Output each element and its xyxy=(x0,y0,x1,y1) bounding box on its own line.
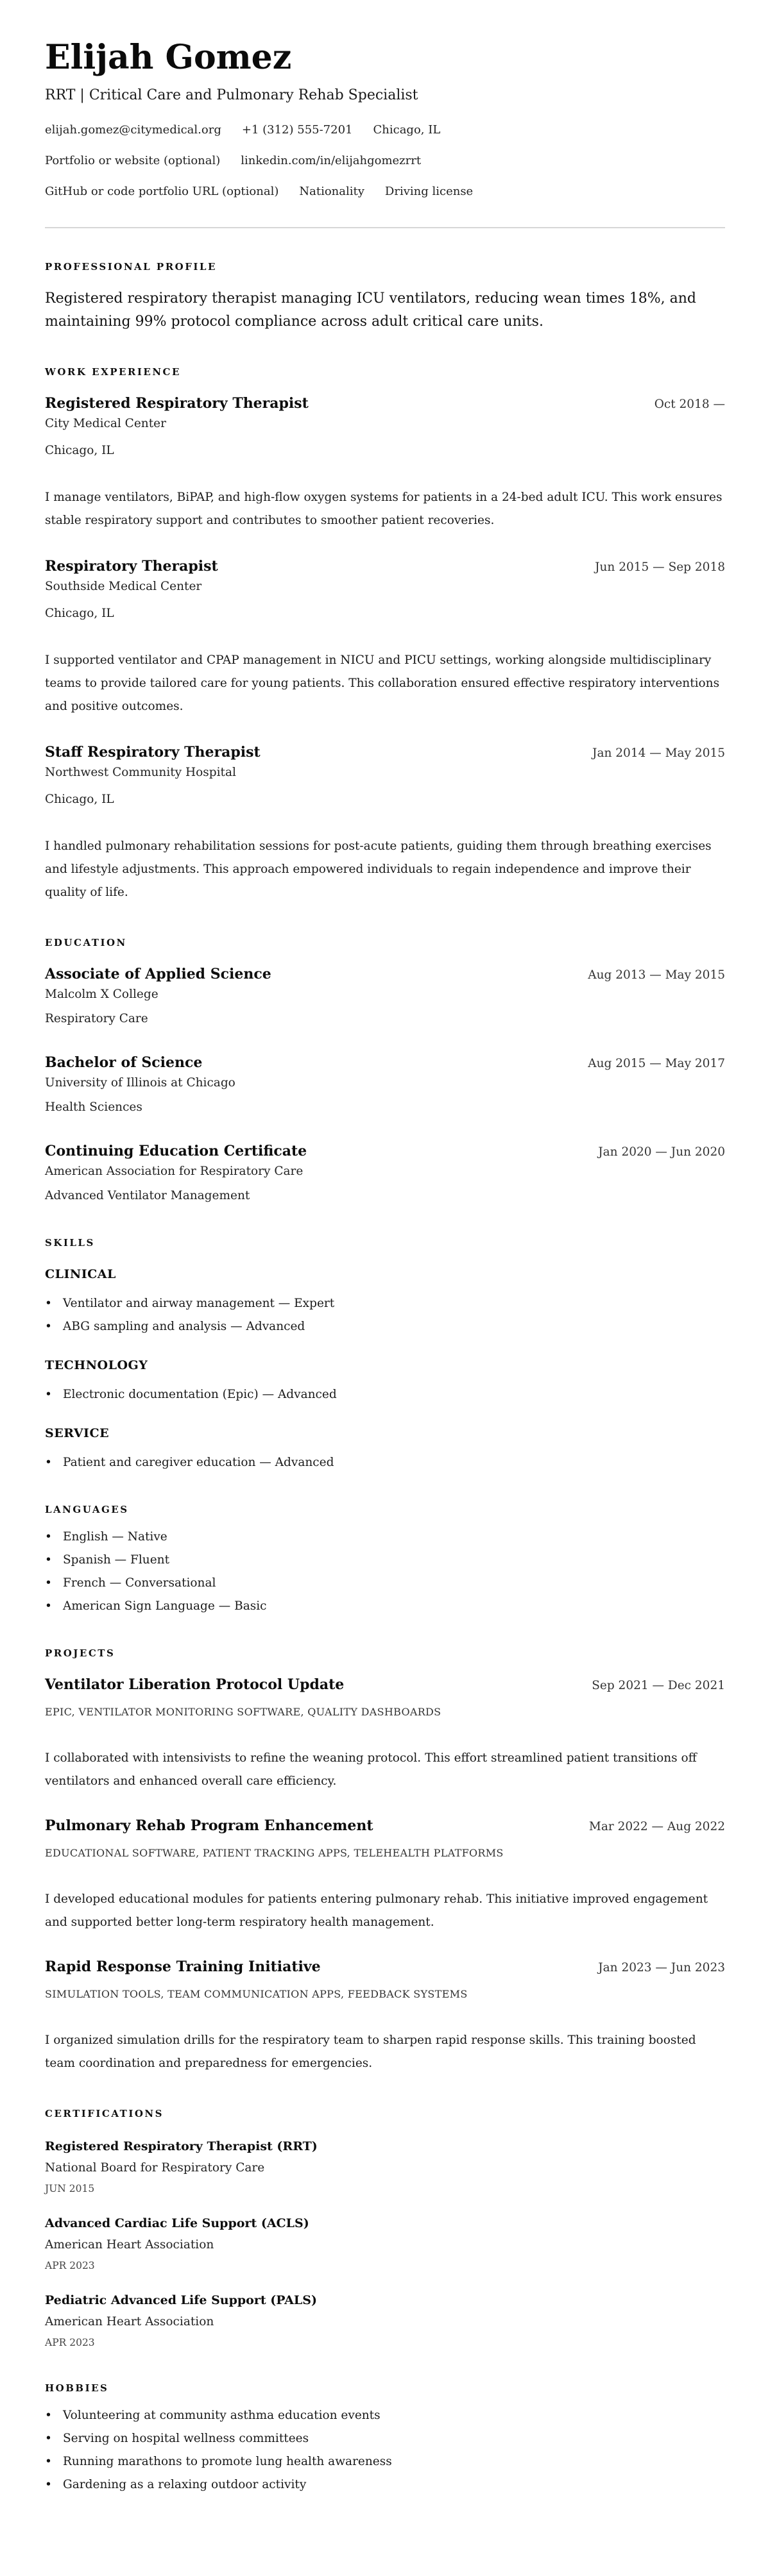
education-dates: Aug 2015 — May 2017 xyxy=(588,1054,725,1073)
certification-issuer: National Board for Respiratory Care xyxy=(45,2160,725,2176)
section-hobbies: Hobbies Volunteering at community asthma… xyxy=(45,2382,725,2493)
school-name: University of Illinois at Chicago xyxy=(45,1075,725,1091)
section-professional-profile: Professional Profile Registered respirat… xyxy=(45,260,725,333)
project-name: Ventilator Liberation Protocol Update xyxy=(45,1675,344,1694)
project-description: I collaborated with intensivists to refi… xyxy=(45,1747,725,1793)
project-header: Pulmonary Rehab Program EnhancementMar 2… xyxy=(45,1816,725,1837)
skill-group: SERVICEPatient and caregiver education —… xyxy=(45,1425,725,1471)
language-item: French — Conversational xyxy=(45,1575,725,1592)
skill-group-title: TECHNOLOGY xyxy=(45,1357,725,1374)
skill-group: TECHNOLOGYElectronic documentation (Epic… xyxy=(45,1357,725,1403)
section-work-experience: Work Experience Registered Respiratory T… xyxy=(45,366,725,904)
certification-date: APR 2023 xyxy=(45,2336,725,2350)
education-dates: Jan 2020 — Jun 2020 xyxy=(598,1143,725,1162)
hobby-item: Gardening as a relaxing outdoor activity xyxy=(45,2477,725,2493)
contact-item: Driving license xyxy=(385,183,473,200)
hobby-item: Volunteering at community asthma educati… xyxy=(45,2407,725,2424)
job-header: Staff Respiratory TherapistJan 2014 — Ma… xyxy=(45,743,725,763)
project-name: Rapid Response Training Initiative xyxy=(45,1957,321,1976)
language-item: Spanish — Fluent xyxy=(45,1552,725,1569)
resume-header: Elijah Gomez RRT | Critical Care and Pul… xyxy=(45,37,725,228)
degree-title: Associate of Applied Science xyxy=(45,964,271,984)
contact-row: elijah.gomez@citymedical.org+1 (312) 555… xyxy=(45,122,725,139)
certification-issuer: American Heart Association xyxy=(45,2314,725,2330)
header-divider xyxy=(45,227,725,228)
section-certifications: Certifications Registered Respiratory Th… xyxy=(45,2107,725,2350)
job-header: Registered Respiratory TherapistOct 2018… xyxy=(45,394,725,414)
language-item: American Sign Language — Basic xyxy=(45,1598,725,1615)
certification-name: Registered Respiratory Therapist (RRT) xyxy=(45,2138,725,2155)
job-employer: Southside Medical Center xyxy=(45,578,725,595)
skill-item: ABG sampling and analysis — Advanced xyxy=(45,1318,725,1335)
contact-item: Chicago, IL xyxy=(373,122,441,139)
education-header: Bachelor of ScienceAug 2015 — May 2017 xyxy=(45,1053,725,1073)
job-location: Chicago, IL xyxy=(45,605,725,622)
education-header: Associate of Applied ScienceAug 2013 — M… xyxy=(45,964,725,985)
profile-summary: Registered respiratory therapist managin… xyxy=(45,287,725,333)
section-projects: Projects Ventilator Liberation Protocol … xyxy=(45,1647,725,2075)
job-list: Registered Respiratory TherapistOct 2018… xyxy=(45,394,725,904)
certification-name: Advanced Cardiac Life Support (ACLS) xyxy=(45,2215,725,2232)
job-description: I supported ventilator and CPAP manageme… xyxy=(45,649,725,718)
candidate-name: Elijah Gomez xyxy=(45,37,725,78)
language-list: English — NativeSpanish — FluentFrench —… xyxy=(45,1529,725,1615)
certification-date: JUN 2015 xyxy=(45,2182,725,2196)
hobby-list: Volunteering at community asthma educati… xyxy=(45,2407,725,2493)
contact-row: GitHub or code portfolio URL (optional)N… xyxy=(45,183,725,200)
certification-entry: Registered Respiratory Therapist (RRT)Na… xyxy=(45,2138,725,2196)
job-employer: Northwest Community Hospital xyxy=(45,764,725,781)
project-dates: Sep 2021 — Dec 2021 xyxy=(592,1676,725,1696)
field-of-study: Health Sciences xyxy=(45,1099,725,1116)
education-list: Associate of Applied ScienceAug 2013 — M… xyxy=(45,964,725,1204)
certification-list: Registered Respiratory Therapist (RRT)Na… xyxy=(45,2138,725,2350)
school-name: Malcolm X College xyxy=(45,986,725,1003)
certification-name: Pediatric Advanced Life Support (PALS) xyxy=(45,2292,725,2309)
project-list: Ventilator Liberation Protocol UpdateSep… xyxy=(45,1675,725,2075)
skill-list: Ventilator and airway management — Exper… xyxy=(45,1295,725,1335)
job-employer: City Medical Center xyxy=(45,416,725,432)
field-of-study: Respiratory Care xyxy=(45,1011,725,1027)
skill-list: Electronic documentation (Epic) — Advanc… xyxy=(45,1386,725,1403)
job-dates: Oct 2018 — xyxy=(654,395,725,414)
certification-entry: Advanced Cardiac Life Support (ACLS)Amer… xyxy=(45,2215,725,2273)
section-title: Certifications xyxy=(45,2107,725,2120)
skill-group-title: CLINICAL xyxy=(45,1266,725,1283)
certification-issuer: American Heart Association xyxy=(45,2237,725,2253)
job-entry: Respiratory TherapistJun 2015 — Sep 2018… xyxy=(45,557,725,718)
certification-date: APR 2023 xyxy=(45,2259,725,2273)
job-title: Registered Respiratory Therapist xyxy=(45,394,309,413)
contact-item: GitHub or code portfolio URL (optional) xyxy=(45,183,278,200)
job-title: Respiratory Therapist xyxy=(45,557,218,576)
project-tech-stack: SIMULATION TOOLS, TEAM COMMUNICATION APP… xyxy=(45,1987,725,2002)
contact-item[interactable]: +1 (312) 555-7201 xyxy=(242,122,353,139)
job-entry: Staff Respiratory TherapistJan 2014 — Ma… xyxy=(45,743,725,904)
contact-item: Portfolio or website (optional) xyxy=(45,153,220,169)
project-dates: Jan 2023 — Jun 2023 xyxy=(598,1958,725,1978)
section-title: Languages xyxy=(45,1503,725,1516)
job-description: I handled pulmonary rehabilitation sessi… xyxy=(45,835,725,904)
project-description: I developed educational modules for pati… xyxy=(45,1888,725,1934)
hobby-item: Running marathons to promote lung health… xyxy=(45,2454,725,2470)
skill-group-title: SERVICE xyxy=(45,1425,725,1442)
skill-item: Electronic documentation (Epic) — Advanc… xyxy=(45,1386,725,1403)
skill-item: Ventilator and airway management — Exper… xyxy=(45,1295,725,1312)
degree-title: Continuing Education Certificate xyxy=(45,1141,307,1161)
contact-info: elijah.gomez@citymedical.org+1 (312) 555… xyxy=(45,122,725,200)
job-dates: Jan 2014 — May 2015 xyxy=(592,744,725,763)
project-header: Rapid Response Training InitiativeJan 20… xyxy=(45,1957,725,1978)
education-entry: Associate of Applied ScienceAug 2013 — M… xyxy=(45,964,725,1027)
section-title: Skills xyxy=(45,1236,725,1249)
section-title: Education xyxy=(45,936,725,949)
job-dates: Jun 2015 — Sep 2018 xyxy=(595,558,725,577)
section-title: Hobbies xyxy=(45,2382,725,2395)
candidate-headline: RRT | Critical Care and Pulmonary Rehab … xyxy=(45,86,725,105)
education-dates: Aug 2013 — May 2015 xyxy=(588,966,725,985)
contact-row: Portfolio or website (optional)linkedin.… xyxy=(45,153,725,169)
project-name: Pulmonary Rehab Program Enhancement xyxy=(45,1816,373,1835)
section-title: Professional Profile xyxy=(45,260,725,273)
project-entry: Pulmonary Rehab Program EnhancementMar 2… xyxy=(45,1816,725,1934)
project-tech-stack: EPIC, VENTILATOR MONITORING SOFTWARE, QU… xyxy=(45,1705,725,1720)
school-name: American Association for Respiratory Car… xyxy=(45,1163,725,1180)
job-entry: Registered Respiratory TherapistOct 2018… xyxy=(45,394,725,532)
section-title: Work Experience xyxy=(45,366,725,378)
project-entry: Ventilator Liberation Protocol UpdateSep… xyxy=(45,1675,725,1793)
project-header: Ventilator Liberation Protocol UpdateSep… xyxy=(45,1675,725,1696)
field-of-study: Advanced Ventilator Management xyxy=(45,1188,725,1204)
skill-group: CLINICALVentilator and airway management… xyxy=(45,1266,725,1335)
degree-title: Bachelor of Science xyxy=(45,1053,202,1072)
skill-list: Patient and caregiver education — Advanc… xyxy=(45,1454,725,1471)
resume-page: Elijah Gomez RRT | Critical Care and Pul… xyxy=(0,0,770,2545)
job-location: Chicago, IL xyxy=(45,442,725,459)
contact-item: Nationality xyxy=(299,183,364,200)
skill-item: Patient and caregiver education — Advanc… xyxy=(45,1454,725,1471)
section-skills: Skills CLINICALVentilator and airway man… xyxy=(45,1236,725,1471)
skill-groups: CLINICALVentilator and airway management… xyxy=(45,1266,725,1471)
education-entry: Bachelor of ScienceAug 2015 — May 2017Un… xyxy=(45,1053,725,1116)
project-entry: Rapid Response Training InitiativeJan 20… xyxy=(45,1957,725,2075)
education-entry: Continuing Education CertificateJan 2020… xyxy=(45,1141,725,1204)
job-description: I manage ventilators, BiPAP, and high-fl… xyxy=(45,486,725,532)
section-education: Education Associate of Applied ScienceAu… xyxy=(45,936,725,1204)
education-header: Continuing Education CertificateJan 2020… xyxy=(45,1141,725,1162)
job-location: Chicago, IL xyxy=(45,791,725,808)
section-title: Projects xyxy=(45,1647,725,1660)
project-description: I organized simulation drills for the re… xyxy=(45,2029,725,2075)
certification-entry: Pediatric Advanced Life Support (PALS)Am… xyxy=(45,2292,725,2350)
project-dates: Mar 2022 — Aug 2022 xyxy=(589,1817,725,1837)
job-title: Staff Respiratory Therapist xyxy=(45,743,261,762)
section-languages: Languages English — NativeSpanish — Flue… xyxy=(45,1503,725,1615)
contact-item[interactable]: linkedin.com/in/elijahgomezrrt xyxy=(241,153,421,169)
project-tech-stack: EDUCATIONAL SOFTWARE, PATIENT TRACKING A… xyxy=(45,1846,725,1861)
job-header: Respiratory TherapistJun 2015 — Sep 2018 xyxy=(45,557,725,577)
contact-item[interactable]: elijah.gomez@citymedical.org xyxy=(45,122,221,139)
hobby-item: Serving on hospital wellness committees xyxy=(45,2430,725,2447)
language-item: English — Native xyxy=(45,1529,725,1545)
